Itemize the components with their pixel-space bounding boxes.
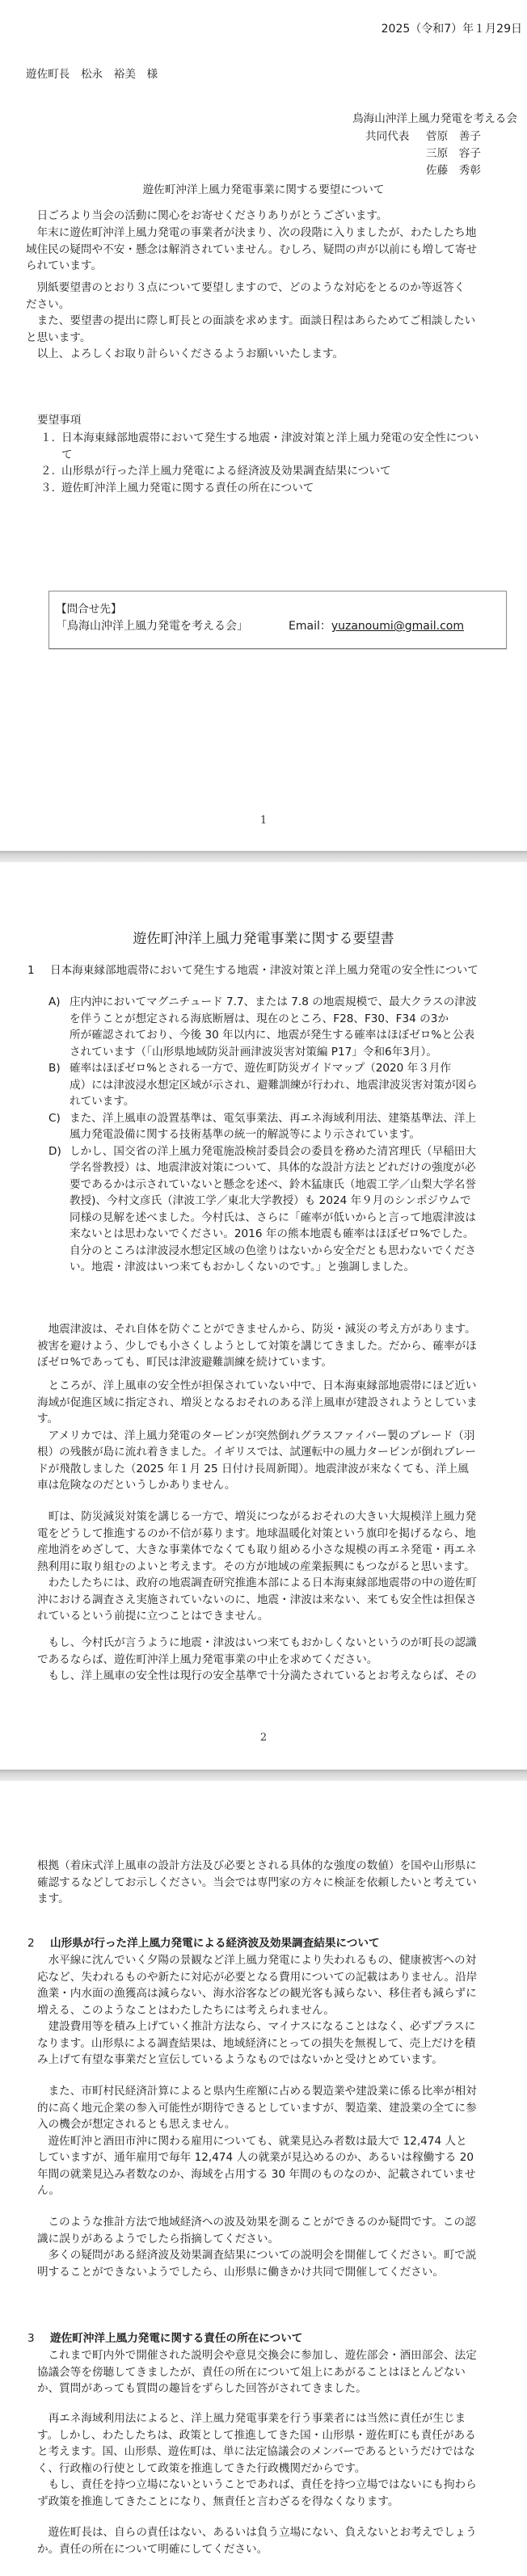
section-1-item-b: B)確率はほぼゼロ%とされる一方で、遊佐町防災ガイドマップ（2020 年３月作 … bbox=[48, 1060, 478, 1110]
page-number-1: 1 bbox=[0, 813, 527, 830]
request-paragraph: 別紙要望書のとおり３点について要望しますので、どのような対応をとるのか等返答く … bbox=[26, 280, 475, 363]
sender-rep-1: 菅原 善子 bbox=[426, 128, 481, 145]
section-1-paragraph-3: 町は、防災減災対策を講じる一方で、増災につながるおそれの大きい大規模洋上風力発 … bbox=[37, 1509, 477, 1625]
letter-date: 2025（令和7）年１月29日 bbox=[382, 21, 522, 38]
sender-rep-3: 佐藤 秀彰 bbox=[426, 162, 481, 179]
section-2-paragraph-3: このような推計方法で地域経済への波及効果を測ることができるのか疑問です。この認 … bbox=[37, 2214, 476, 2280]
section-2-paragraph-1: 水平線に沈んでいく夕陽の景観など洋上風力発電により失われるもの、健康被害への対 … bbox=[37, 1952, 477, 2069]
section-1-item-a: A)庄内沖においてマグニチュード 7.7、または 7.8 の地震規模で、最大クラ… bbox=[48, 994, 478, 1060]
section-1-item-list: A)庄内沖においてマグニチュード 7.7、または 7.8 の地震規模で、最大クラ… bbox=[48, 994, 478, 1276]
section-3-paragraph-2: 再エネ海域利用法によると、洋上風力発電事業を行う事業者には当然に責任が生じま す… bbox=[37, 2410, 477, 2510]
section-number: 3 bbox=[27, 2330, 50, 2347]
requests-heading: 要望事項 bbox=[37, 412, 81, 429]
section-1-item-c: C)また、洋上風車の設置基準は、電気事業法、再エネ海域利用法、建築基準法、洋上 … bbox=[48, 1110, 478, 1143]
section-2-heading: 2山形県が行った洋上風力発電による経済波及効果調査結果について bbox=[27, 1935, 380, 1952]
email-label: Email： bbox=[289, 620, 331, 633]
document-page-3: 根拠（着床式洋上風車の設計方法及び必要とされる具体的な強度の数値）を国や山形県に… bbox=[0, 1781, 527, 2576]
page-number-2: 2 bbox=[0, 1730, 527, 1747]
section-1-heading: 1日本海東縁部地震帯において発生する地震・津波対策と洋上風力発電の安全性について bbox=[27, 962, 479, 979]
section-1-paragraph-1: 地震津波は、それ自体を防ぐことができませんから、防災・減災の考え方があります。 … bbox=[37, 1321, 477, 1371]
request-item-3: ３．遊佐町沖洋上風力発電に関する責任の所在について bbox=[40, 480, 479, 497]
sender-org: 鳥海山沖洋上風力発電を考える会 bbox=[352, 111, 517, 128]
greeting-paragraph: 日ごろより当会の活動に関心をお寄せくださりありがとうございます。 bbox=[26, 208, 388, 225]
section-1-paragraph-4: もし、今村氏が言うように地震・津波はいつ来てもおかしくないというのが町長の認識 … bbox=[37, 1635, 477, 1685]
contact-heading: 【問合せ先】 bbox=[56, 601, 122, 618]
section-1-item-d: D)しかし、国交省の洋上風力発電施設検討委員会の委員を務めた清宮理氏（早稲田大 … bbox=[48, 1143, 478, 1276]
request-document-title: 遊佐町沖洋上風力発電事業に関する要望書 bbox=[0, 931, 527, 948]
sender-rep-label: 共同代表 bbox=[365, 128, 409, 145]
section-number: 1 bbox=[27, 962, 50, 979]
section-2-paragraph-2: また、市町村民経済計算によると県内生産額に占める製造業や建設業に係る比率が相対 … bbox=[37, 2083, 477, 2199]
page-separator bbox=[0, 851, 527, 862]
section-1-paragraph-2: ところが、洋上風車の安全性が担保されていない中で、日本海東縁部地震帯にほど近い … bbox=[37, 1378, 478, 1494]
section-3-paragraph-3: 遊佐町長は、自らの責任はない、あるいは負う立場にない、負えないとお考えでしょう … bbox=[37, 2524, 477, 2557]
page-separator bbox=[0, 1770, 527, 1781]
addressee: 遊佐町長 松永 裕美 様 bbox=[26, 66, 158, 83]
letter-subject: 遊佐町沖洋上風力発電事業に関する要望について bbox=[0, 182, 527, 199]
email-link[interactable]: yuzanoumi@gmail.com bbox=[331, 620, 464, 633]
document-page-1: 2025（令和7）年１月29日 遊佐町長 松永 裕美 様 鳥海山沖洋上風力発電を… bbox=[0, 0, 527, 851]
section-3-paragraph-1: これまで町内外で開催された説明会や意見交換会に参加し、遊佐部会・酒田部会、法定 … bbox=[37, 2347, 477, 2397]
contact-email-row: Email：yuzanoumi@gmail.com bbox=[289, 618, 464, 635]
contact-box: 【問合せ先】 「鳥海山沖洋上風力発電を考える会」 Email：yuzanoumi… bbox=[48, 591, 507, 649]
sender-rep-2: 三原 容子 bbox=[426, 145, 481, 162]
section-number: 2 bbox=[27, 1935, 50, 1952]
document-page-2: 遊佐町沖洋上風力発電事業に関する要望書 1日本海東縁部地震帯において発生する地震… bbox=[0, 862, 527, 1770]
request-list: １．日本海東縁部地震帯において発生する地震・津波対策と洋上風力発電の安全性につい… bbox=[40, 430, 479, 496]
section-3-heading: 3遊佐町沖洋上風力発電に関する責任の所在について bbox=[27, 2330, 302, 2347]
request-item-1: １．日本海東縁部地震帯において発生する地震・津波対策と洋上風力発電の安全性につい… bbox=[40, 430, 479, 463]
contact-org: 「鳥海山沖洋上風力発電を考える会」 bbox=[56, 618, 248, 635]
request-item-2: ２．山形県が行った洋上風力発電による経済波及効果調査結果について bbox=[40, 463, 479, 480]
background-paragraph: 年末に遊佐町沖洋上風力発電の事業者が決まり、次の段階に入りましたが、わたしたち地… bbox=[26, 225, 477, 275]
section-1-continuation: 根拠（着床式洋上風車の設計方法及び必要とされる具体的な強度の数値）を国や山形県に… bbox=[37, 1858, 477, 1908]
